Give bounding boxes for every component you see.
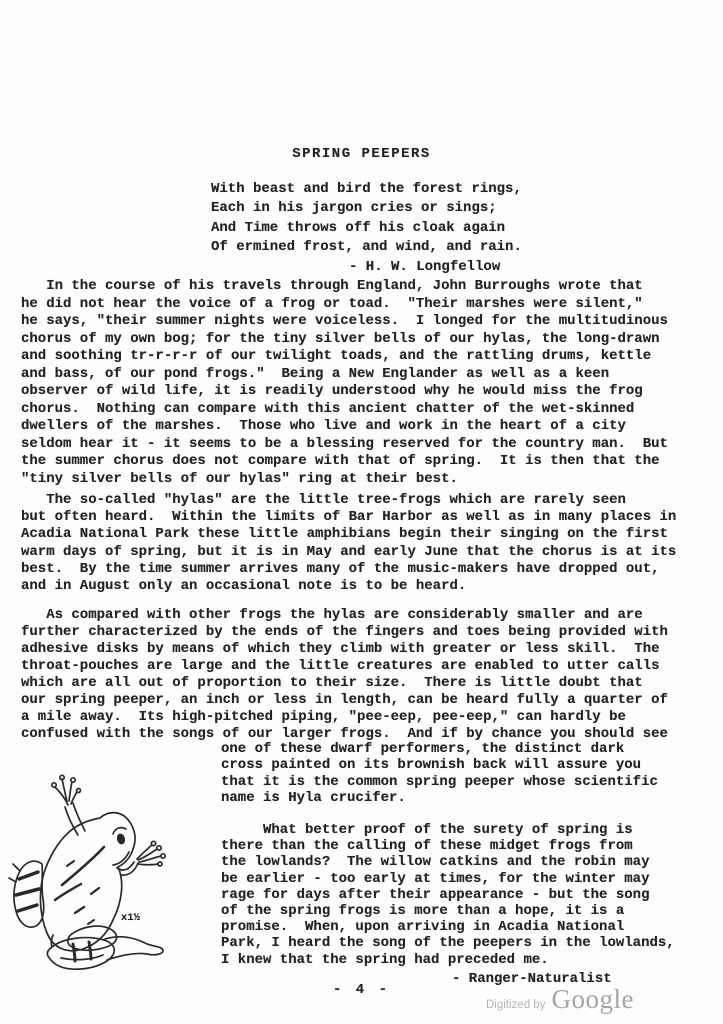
body-paragraph-3-continued: one of these dwarf performers, the disti… (221, 741, 658, 807)
text-line: our spring peeper, an inch or less in le… (21, 692, 668, 709)
text-line: As compared with other frogs the hylas a… (21, 607, 668, 624)
figure-scale-label: x1½ (121, 912, 140, 924)
text-line: and bass, of our pond frogs." Being a Ne… (21, 366, 668, 384)
body-paragraph-1: In the course of his travels through Eng… (21, 278, 668, 488)
text-line: best. By the time summer arrives many of… (21, 561, 676, 578)
text-line: "tiny silver bells of our hylas" ring at… (21, 471, 668, 489)
text-line: seldom hear it - it seems to be a blessi… (21, 436, 668, 454)
text-line: What better proof of the surety of sprin… (221, 822, 675, 838)
text-line: Each in his jargon cries or sings; (211, 199, 522, 218)
text-line: observer of wild life, it is readily und… (21, 383, 668, 401)
text-line: but often heard. Within the limits of Ba… (21, 509, 676, 526)
poem-quote: With beast and bird the forest rings,Eac… (211, 180, 522, 257)
text-line: With beast and bird the forest rings, (211, 180, 522, 199)
page-title: SPRING PEEPERS (0, 146, 723, 163)
spring-peeper-frog-sketch-icon (5, 772, 180, 992)
text-line: the lowlands? The willow catkins and the… (221, 854, 675, 870)
text-line: dwellers of the marshes. Those who live … (21, 418, 668, 436)
body-paragraph-2: The so-called "hylas" are the little tre… (21, 492, 676, 595)
text-line: there than the calling of these midget f… (221, 838, 675, 854)
text-line: Park, I heard the song of the peepers in… (221, 935, 675, 951)
text-line: Acadia National Park these little amphib… (21, 526, 676, 543)
text-line: the summer chorus does not compare with … (21, 453, 668, 471)
text-line: that it is the common spring peeper whos… (221, 774, 658, 790)
text-line: and soothing tr-r-r-r of our twilight to… (21, 348, 668, 366)
text-line: further characterized by the ends of the… (21, 624, 668, 641)
text-line: chorus of my own bog; for the tiny silve… (21, 331, 668, 349)
text-line: promise. When, upon arriving in Acadia N… (221, 919, 675, 935)
text-line: adhesive disks by means of which they cl… (21, 641, 668, 658)
text-line: name is Hyla crucifer. (221, 790, 658, 806)
watermark-prefix-text: Digitized by (486, 999, 545, 1011)
text-line: one of these dwarf performers, the disti… (221, 741, 658, 757)
google-logo: Google (551, 984, 633, 1015)
text-line: cross painted on its brownish back will … (221, 757, 658, 773)
text-line: and in August only an occasional note is… (21, 578, 676, 595)
text-line: he says, "their summer nights were voice… (21, 313, 668, 331)
text-line: And Time throws off his cloak again (211, 219, 522, 238)
text-line: I knew that the spring had preceded me. (221, 952, 675, 968)
body-paragraph-4: What better proof of the surety of sprin… (221, 822, 675, 968)
text-line: Of ermined frost, and wind, and rain. (211, 238, 522, 257)
text-line: be earlier - too early at times, for the… (221, 871, 675, 887)
text-line: a mile away. Its high-pitched piping, "p… (21, 709, 668, 726)
text-line: which are all out of proportion to their… (21, 675, 668, 692)
body-paragraph-3: As compared with other frogs the hylas a… (21, 607, 668, 743)
page-number: - 4 - (333, 982, 390, 999)
text-line: he did not hear the voice of a frog or t… (21, 296, 668, 314)
text-line: of the spring frogs is more than a hope,… (221, 903, 675, 919)
text-line: chorus. Nothing can compare with this an… (21, 401, 668, 419)
text-line: The so-called "hylas" are the little tre… (21, 492, 676, 509)
poem-attribution: - H. W. Longfellow (349, 258, 500, 277)
scanned-document-page: SPRING PEEPERS With beast and bird the f… (0, 0, 723, 1024)
text-line: In the course of his travels through Eng… (21, 278, 668, 296)
text-line: rage for days after their appearance - b… (221, 887, 675, 903)
text-line: warm days of spring, but it is in May an… (21, 544, 676, 561)
text-line: throat-pouches are large and the little … (21, 658, 668, 675)
digitized-by-google-watermark: Digitized by Google (486, 984, 634, 1015)
